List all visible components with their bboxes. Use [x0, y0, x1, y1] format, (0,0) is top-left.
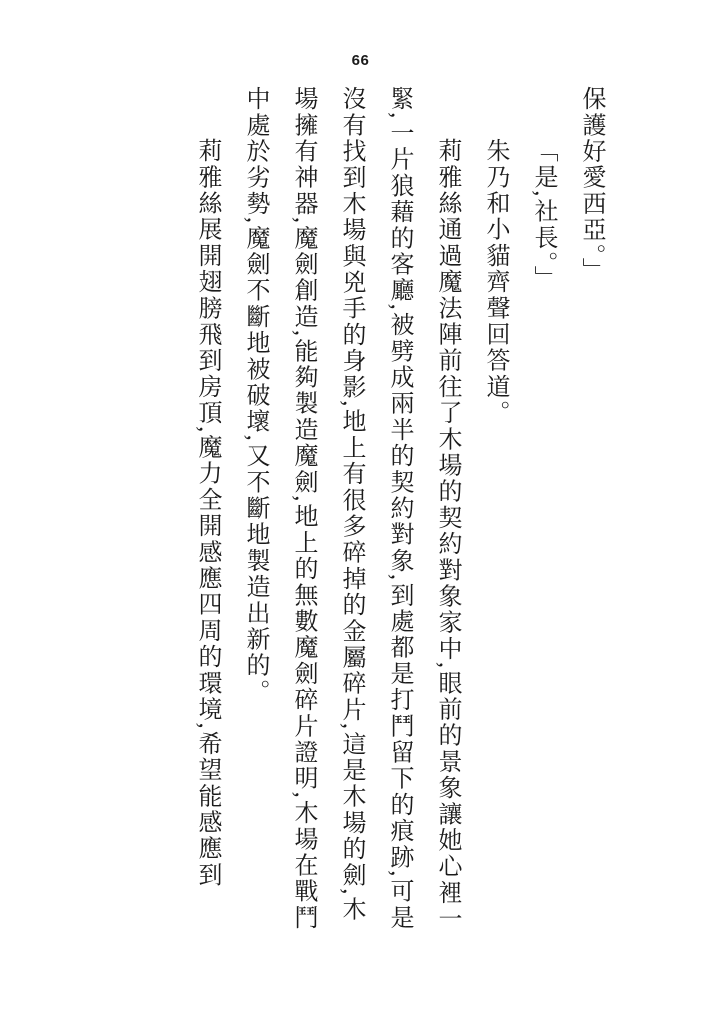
paragraph-narration-flight: 莉雅絲展開翅膀飛到房頂,魔力全開感應四周的環境,希望能感應到	[183, 86, 231, 934]
paragraph-narration-scene: 莉雅絲通過魔法陣前往了木場的契約對象家中,眼前的景象讓她心裡一緊,一片狼藉的客廳…	[231, 86, 471, 934]
book-page: 66 保護好愛西亞。」 「是,社長。」 朱乃和小貓齊聲回答道。 莉雅絲通過魔法陣…	[0, 0, 721, 1020]
book-text-body: 保護好愛西亞。」 「是,社長。」 朱乃和小貓齊聲回答道。 莉雅絲通過魔法陣前往了…	[131, 86, 615, 934]
paragraph-dialogue-continuation: 保護好愛西亞。」	[567, 86, 615, 934]
paragraph-narration-answer: 朱乃和小貓齊聲回答道。	[471, 86, 519, 934]
page-number: 66	[0, 52, 721, 69]
paragraph-dialogue-reply: 「是,社長。」	[519, 86, 567, 934]
